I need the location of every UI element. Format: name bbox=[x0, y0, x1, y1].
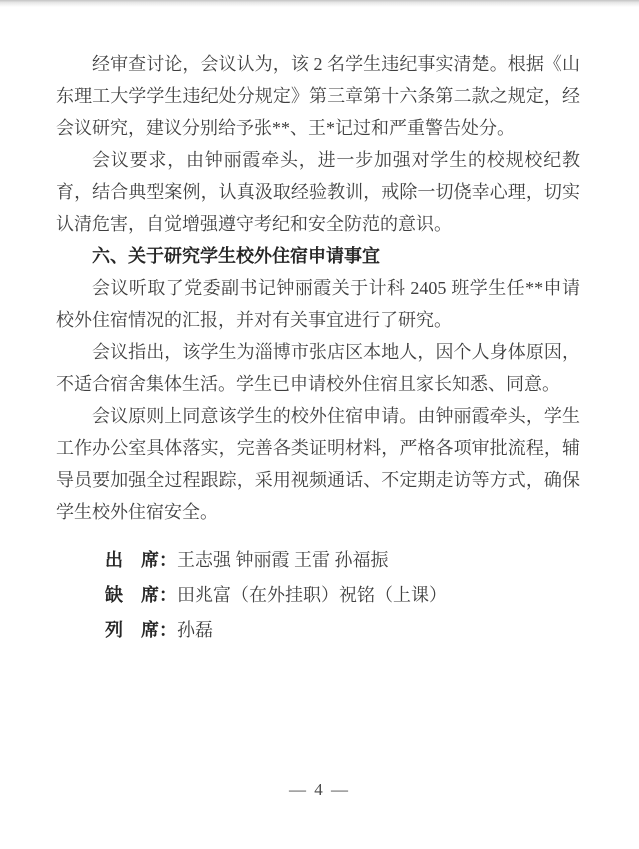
attendance-value-present: 王志强 钟丽霞 王雷 孙福振 bbox=[177, 550, 389, 570]
paragraph-housing-report: 会议听取了党委副书记钟丽霞关于计科 2405 班学生任**申请校外住宿情况的汇报… bbox=[56, 272, 580, 336]
attendance-row-observer: 列 席：孙磊 bbox=[105, 613, 580, 648]
paragraph-discipline-decision: 经审查讨论，会议认为，该 2 名学生违纪事实清楚。根据《山东理工大学学生违纪处分… bbox=[56, 48, 580, 144]
section-heading-6: 六、关于研究学生校外住宿申请事宜 bbox=[56, 240, 580, 272]
paragraph-housing-decision: 会议原则上同意该学生的校外住宿申请。由钟丽霞牵头，学生工作办公室具体落实，完善各… bbox=[56, 400, 580, 528]
document-content: 经审查讨论，会议认为，该 2 名学生违纪事实清楚。根据《山东理工大学学生违纪处分… bbox=[56, 48, 580, 648]
scan-edge-shadow bbox=[0, 0, 639, 7]
paragraph-discipline-requirement: 会议要求，由钟丽霞牵头，进一步加强对学生的校规校纪教育，结合典型案例，认真汲取经… bbox=[56, 144, 580, 240]
document-page: 经审查讨论，会议认为，该 2 名学生违纪事实清楚。根据《山东理工大学学生违纪处分… bbox=[0, 0, 639, 849]
attendance-row-present: 出 席：王志强 钟丽霞 王雷 孙福振 bbox=[105, 543, 580, 578]
paragraph-housing-background: 会议指出，该学生为淄博市张店区本地人，因个人身体原因，不适合宿舍集体生活。学生已… bbox=[56, 336, 580, 400]
attendance-row-absent: 缺 席：田兆富（在外挂职）祝铭（上课） bbox=[105, 578, 580, 613]
attendance-section: 出 席：王志强 钟丽霞 王雷 孙福振 缺 席：田兆富（在外挂职）祝铭（上课） 列… bbox=[56, 543, 580, 648]
page-number: — 4 — bbox=[0, 780, 639, 800]
attendance-value-observer: 孙磊 bbox=[177, 620, 213, 640]
attendance-label-observer: 列 席： bbox=[105, 620, 177, 640]
attendance-label-present: 出 席： bbox=[105, 550, 177, 570]
attendance-value-absent: 田兆富（在外挂职）祝铭（上课） bbox=[177, 585, 447, 605]
attendance-label-absent: 缺 席： bbox=[105, 585, 177, 605]
